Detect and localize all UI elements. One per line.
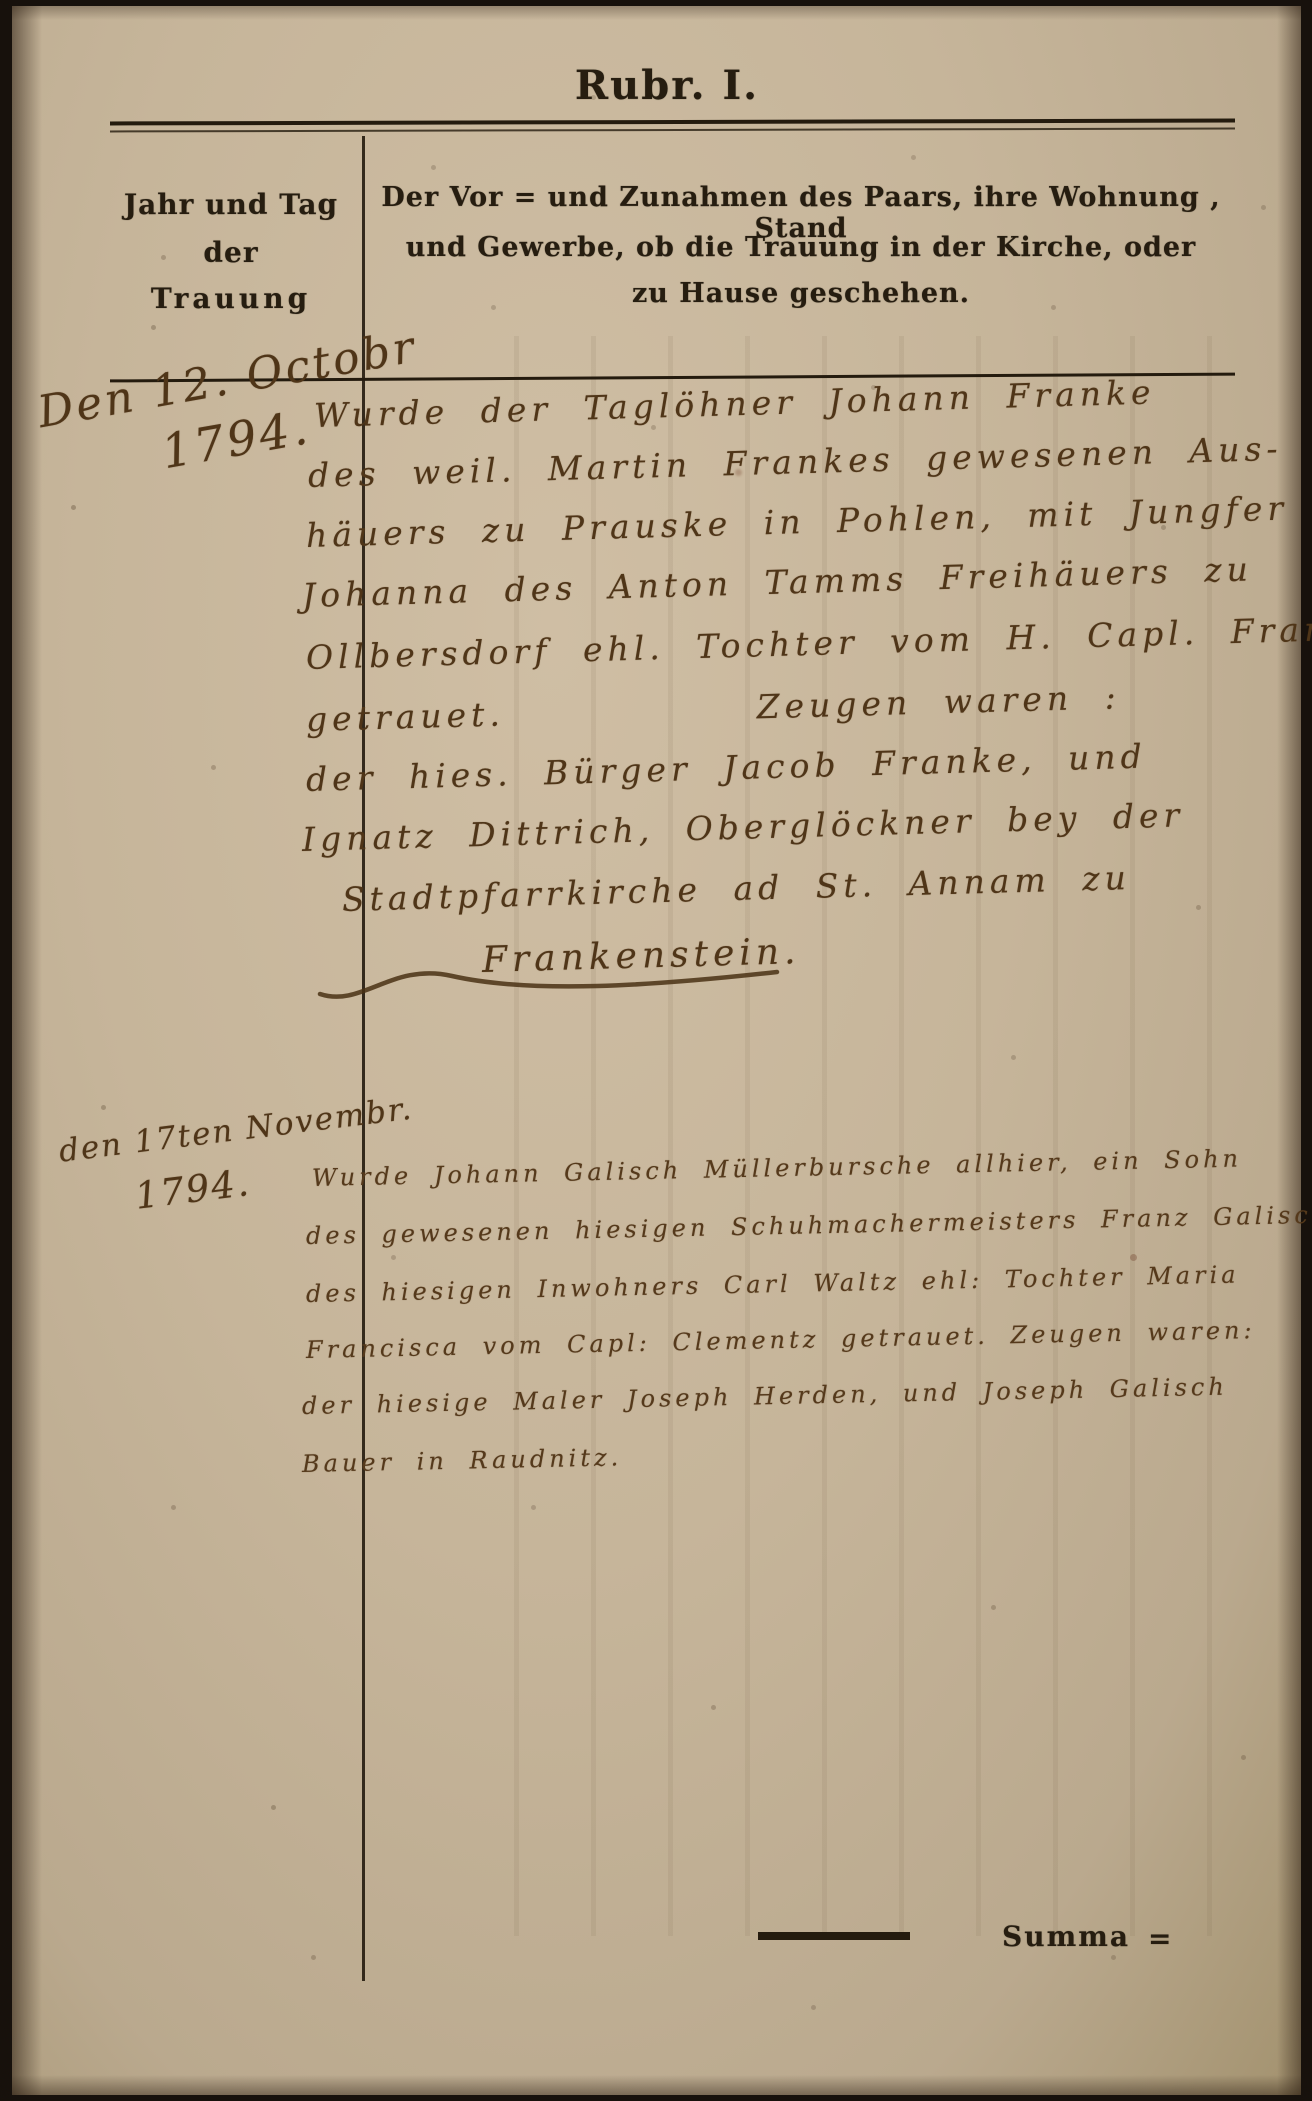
entry-body-line: des hiesigen Inwohners Carl Waltz ehl: T… <box>306 1260 1240 1308</box>
entry-body-line: der hiesige Maler Joseph Herden, und Jos… <box>302 1373 1228 1420</box>
entry-body-line: Johanna des Anton Tamms Freihäuers zu <box>301 549 1253 615</box>
summa-label: Summa <box>1002 1920 1130 1953</box>
page-title: Rubr. I. <box>502 62 832 109</box>
entry-2-date: den 17ten Novembr. 1794. <box>57 1091 420 1213</box>
summa-rule <box>758 1932 910 1940</box>
header-col2-line2: und Gewerbe, ob die Trauung in der Kirch… <box>368 232 1234 263</box>
summa-mark: = <box>1148 1922 1173 1955</box>
entry-body-line: getrauet. Zeugen waren : <box>305 677 1121 739</box>
header-col2-line3: zu Hause geschehen. <box>368 278 1234 309</box>
entry-body-line: Frankenstein. <box>481 931 801 981</box>
entry-body-line: Stadtpfarrkirche ad St. Annam zu <box>341 858 1131 919</box>
entry-body-line: der hies. Bürger Jacob Franke, und <box>305 737 1147 799</box>
register-page: Rubr. I. Jahr und Tag der Trauung Der Vo… <box>12 6 1301 2095</box>
entry-body-line: häuers zu Prauske in Pohlen, mit Jungfer <box>305 489 1288 555</box>
photo-background: { "page": { "rubric_title": "Rubr. I.", … <box>0 0 1312 2101</box>
header-col1-line3: Trauung <box>100 282 362 315</box>
entry-body-line: des weil. Martin Frankes gewesenen Aus- <box>307 429 1283 495</box>
header-col1-line1: Jahr und Tag <box>100 188 362 221</box>
entry-body-line: des gewesenen hiesigen Schuhmachermeiste… <box>306 1199 1312 1250</box>
entry-body-line: Bauer in Raudnitz. <box>302 1443 623 1478</box>
entry-body-line: Ollbersdorf ehl. Tochter vom H. Capl. Fr… <box>305 607 1312 677</box>
paper-specks <box>12 6 15 9</box>
header-col1-line2: der <box>100 236 362 269</box>
header-top-rule-thick <box>110 119 1235 126</box>
header-top-rule-thin <box>110 128 1235 133</box>
entry-body-line: Ignatz Dittrich, Oberglöckner bey der <box>301 795 1184 859</box>
entry-body-line: Francisca vom Capl: Clementz getrauet. Z… <box>306 1316 1256 1364</box>
